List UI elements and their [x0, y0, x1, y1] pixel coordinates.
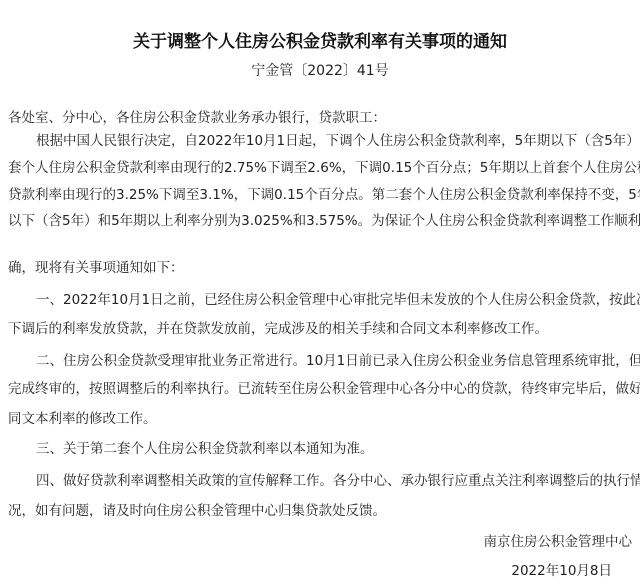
item-one-line: 一、2022年10月1日之前，已经住房公积金管理中心审批完毕但未发放的个人住房公… — [36, 288, 640, 308]
greeting: 各处室、分中心，各住房公积金贷款业务承办银行，贷款职工： — [8, 106, 386, 126]
item-two-line: 完成终审的，按照调整后的利率执行。已流转至住房公积金管理中心各分中心的贷款，待终… — [8, 377, 640, 397]
item-two-line: 同文本利率的修改工作。 — [8, 407, 157, 427]
signature: 南京住房公积金管理中心 — [484, 530, 633, 550]
item-one-line: 下调后的利率发放贷款，并在贷款发放前，完成涉及的相关手续和合同文本利率修改工作。 — [8, 317, 548, 337]
paragraph-line: 以下（含5年）和5年期以上利率分别为3.025%和3.575%。为保证个人住房公… — [8, 209, 640, 229]
document-title: 关于调整个人住房公积金贷款利率有关事项的通知 — [0, 27, 640, 52]
item-two-line: 二、住房公积金贷款受理审批业务正常进行。10月1日前已录入住房公积金业务信息管理… — [36, 349, 640, 369]
paragraph-line: 确，现将有关事项通知如下： — [8, 256, 184, 276]
item-three-line: 三、关于第二套个人住房公积金贷款利率以本通知为准。 — [36, 437, 374, 457]
paragraph-line: 套个人住房公积金贷款利率由现行的2.75%下调至2.6%，下调0.15个百分点；… — [8, 156, 640, 176]
item-four-line: 四、做好贷款利率调整相关政策的宣传解释工作。各分中心、承办银行应重点关注利率调整… — [36, 469, 640, 489]
document-date: 2022年10月8日 — [511, 559, 612, 579]
item-four-line: 况，如有问题，请及时向住房公积金管理中心归集贷款处反馈。 — [8, 499, 386, 519]
paragraph-line: 贷款利率由现行的3.25%下调至3.1%，下调0.15个百分点。第二套个人住房公… — [8, 183, 640, 203]
paragraph-line: 根据中国人民银行决定，自2022年10月1日起，下调个人住房公积金贷款利率，5年… — [36, 129, 640, 149]
document-number: 宁金管〔2022〕41号 — [0, 60, 640, 80]
